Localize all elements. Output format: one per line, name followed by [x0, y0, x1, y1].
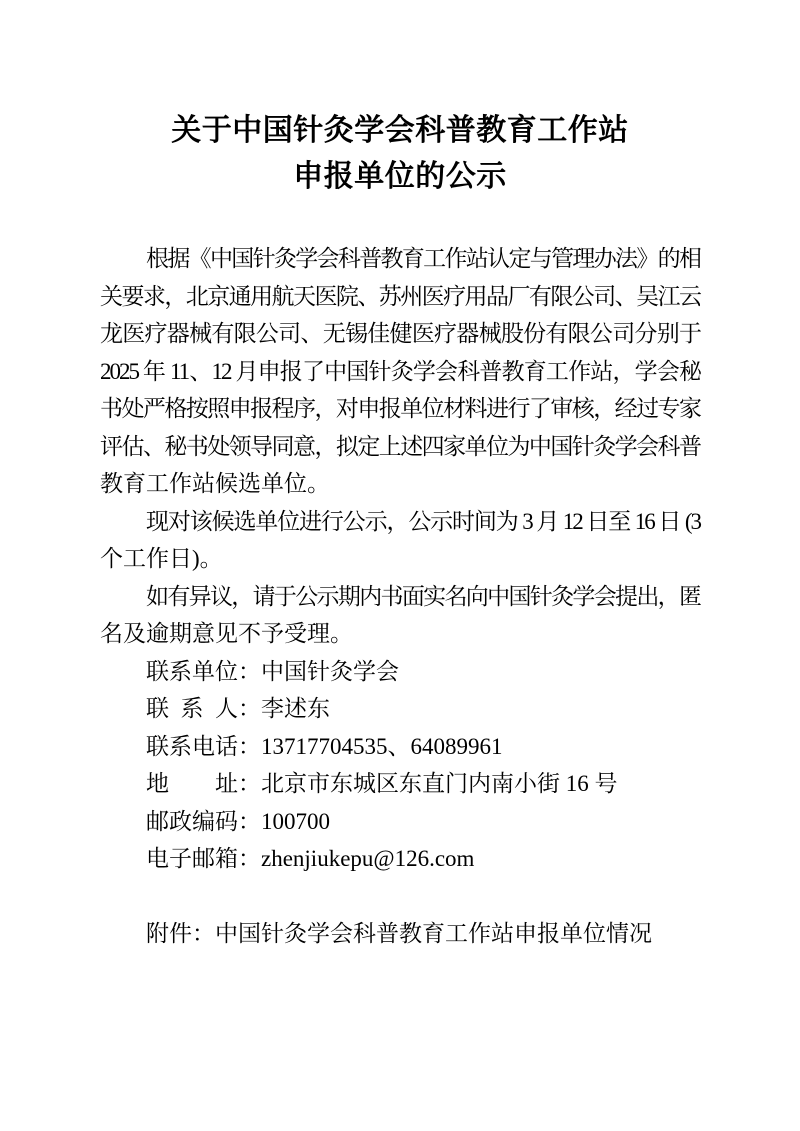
contact-row: 邮政编码：100700: [100, 803, 700, 841]
contact-label: 电子邮箱: [146, 840, 238, 878]
contact-value: zhenjiukepu@126.com: [261, 846, 474, 871]
contact-value: 李述东: [261, 696, 330, 721]
body-line: 评估、秘书处领导同意，拟定上述四家单位为中国针灸学会科普: [100, 428, 700, 466]
doc-body: 根据《中国针灸学会科普教育工作站认定与管理办法》的相 关要求，北京通用航天医院、…: [100, 240, 700, 953]
contact-row: 联系电话：13717704535、64089961: [100, 728, 700, 766]
contact-row: 联系人：李述东: [100, 690, 700, 728]
colon: ：: [238, 696, 261, 721]
contact-label: 邮政编码: [146, 803, 238, 841]
doc-title-line2: 申报单位的公示: [100, 154, 700, 200]
contact-row: 联系单位：中国针灸学会: [100, 653, 700, 691]
body-line: 名及逾期意见不予受理。: [100, 615, 700, 653]
blank-line: [100, 878, 700, 916]
contact-label: 地址: [146, 765, 238, 803]
body-line: 关要求，北京通用航天医院、苏州医疗用品厂有限公司、吴江云: [100, 278, 700, 316]
doc-title-line1: 关于中国针灸学会科普教育工作站: [100, 108, 700, 154]
body-line: 2025 年 11、12 月申报了中国针灸学会科普教育工作站，学会秘: [100, 353, 700, 391]
body-line: 现对该候选单位进行公示，公示时间为 3 月 12 日至 16 日 (3: [100, 503, 700, 541]
colon: ：: [238, 734, 261, 759]
contact-label: 联系电话: [146, 728, 238, 766]
contact-row: 电子邮箱：zhenjiukepu@126.com: [100, 840, 700, 878]
colon: ：: [238, 809, 261, 834]
body-line: 龙医疗器械有限公司、无锡佳健医疗器械股份有限公司分别于: [100, 315, 700, 353]
body-line: 根据《中国针灸学会科普教育工作站认定与管理办法》的相: [100, 240, 700, 278]
body-line: 如有异议，请于公示期内书面实名向中国针灸学会提出，匿: [100, 578, 700, 616]
contact-row: 地址：北京市东城区东直门内南小街 16 号: [100, 765, 700, 803]
contact-value: 中国针灸学会: [261, 659, 399, 684]
body-line: 书处严格按照申报程序，对申报单位材料进行了审核，经过专家: [100, 390, 700, 428]
contact-label: 联系单位: [146, 653, 238, 691]
colon: ：: [238, 659, 261, 684]
doc-title: 关于中国针灸学会科普教育工作站 申报单位的公示: [100, 108, 700, 200]
contact-value: 北京市东城区东直门内南小街 16 号: [261, 771, 618, 796]
document-page: 关于中国针灸学会科普教育工作站 申报单位的公示 根据《中国针灸学会科普教育工作站…: [0, 0, 800, 1131]
contact-value: 100700: [261, 809, 330, 834]
body-line: 个工作日)。: [100, 540, 700, 578]
colon: ：: [192, 921, 215, 946]
body-line: 教育工作站候选单位。: [100, 465, 700, 503]
contact-label: 联系人: [146, 690, 238, 728]
colon: ：: [238, 846, 261, 871]
attachment-line: 附件：中国针灸学会科普教育工作站申报单位情况: [100, 915, 700, 953]
colon: ：: [238, 771, 261, 796]
contact-value: 13717704535、64089961: [261, 734, 503, 759]
attachment-text: 中国针灸学会科普教育工作站申报单位情况: [215, 921, 652, 946]
attachment-label: 附件: [146, 921, 192, 946]
